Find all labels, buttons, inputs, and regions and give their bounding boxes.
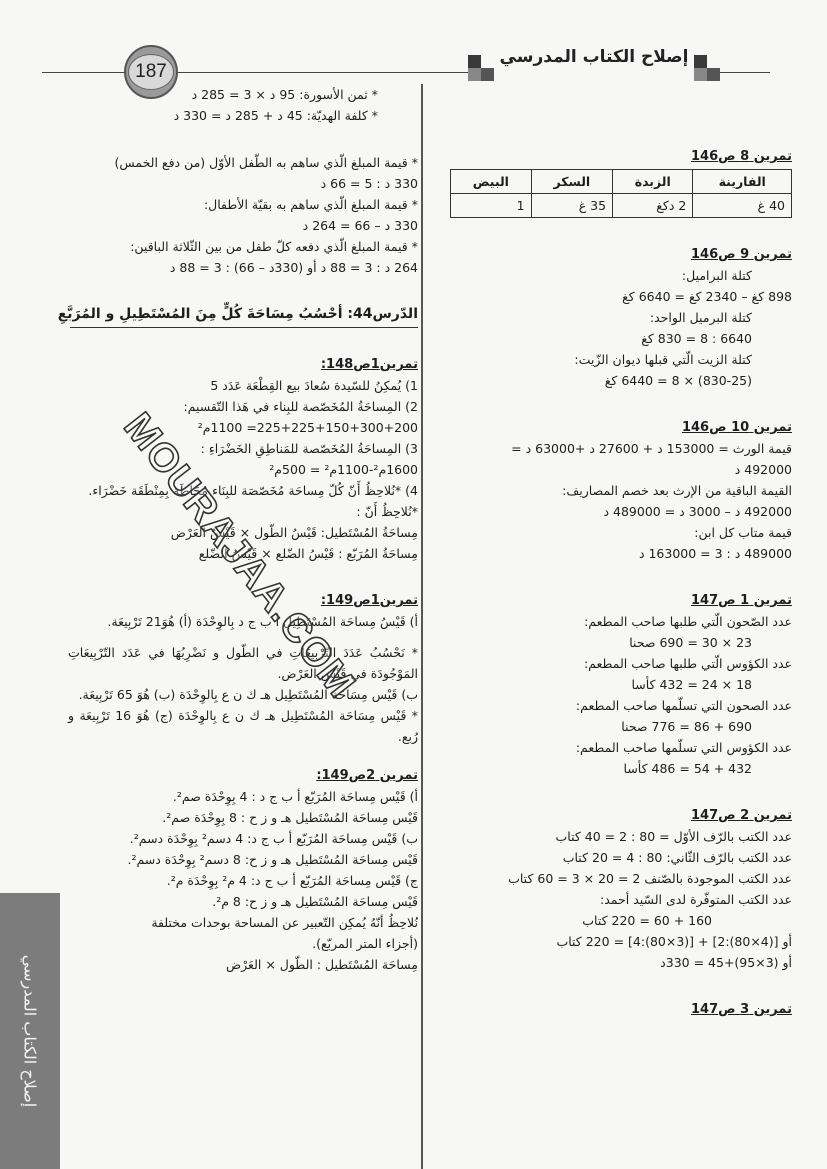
equation-line: 264 د : 3 = 88 د أو (330د – 66) : 3 = 88…: [68, 257, 418, 278]
exercise-title: تمرين 2 ص147: [430, 805, 792, 826]
text-line: كتلة الزيت الّتي قبلها ديوان الزّيت:: [430, 349, 792, 370]
equation-line: عدد الكتب بالرّف الثّاني: 80 : 4 = 20 كت…: [430, 847, 792, 868]
equation-line: 1600م²-1100م² = 500م²: [68, 459, 418, 480]
header-square-logo-icon: [468, 55, 494, 81]
text-line: قَيْس مِساحَة المُسْتَطيل هـ و ز ح : 8 ب…: [68, 807, 418, 828]
equation-line: 330 د : 5 = 66 د: [68, 173, 418, 194]
exercise-title: تمرين 2ص149:: [68, 765, 418, 786]
table-cell: 1: [451, 194, 532, 218]
text-line: عدد الكتب المتوفّرة لدى السّيد أحمد:: [430, 889, 792, 910]
equation-line: عدد الكتب الموجودة بالصّنف 2 = 20 × 3 = …: [430, 868, 792, 889]
equation-line: 690 + 86 = 776 صحنا: [430, 716, 792, 737]
exercise-title: تمرين1ص149:: [68, 590, 418, 611]
text-line: * كلفة الهديّة: 45 د + 285 د = 330 د: [68, 105, 418, 126]
formula-line: مِساحَةُ المُرَبّع : قَيْسُ الضّلع × قَي…: [68, 543, 418, 564]
equation-line: أو [(4×80):2] + [(3×80):4] = 220 كتاب: [430, 931, 792, 952]
exercise-title: تمرين 10 ص146: [430, 417, 792, 438]
text-line: (أجزاء المتر المربّع).: [68, 933, 418, 954]
right-column: تمرين 8 ص146 الفارينة الزبدة السكر البيض…: [430, 84, 792, 1020]
text-line: القيمة الباقية من الإرث بعد خصم المصاريف…: [430, 480, 792, 501]
equation-line: 160 + 60 = 220 كتاب: [430, 910, 792, 931]
exercise-title: تمرين 1 ص147: [430, 590, 792, 611]
text-line: * قيمة المبلغ الّذي ساهم به الطّفل الأوّ…: [68, 152, 418, 173]
textbook-page: 187 إصلاح الكتاب المدرسي تمرين 8 ص146 ال…: [0, 0, 827, 1169]
table-row: 40 غ 2 دكغ 35 غ 1: [451, 194, 792, 218]
header-square-logo-icon: [694, 55, 720, 81]
text-line: عدد الكؤوس الّتي طلبها صاحب المطعم:: [430, 653, 792, 674]
header-rule: [178, 72, 468, 73]
equation-line: 489000 د : 3 = 163000 د: [430, 543, 792, 564]
header-rule: [720, 72, 770, 73]
text-line: كتلة البراميل:: [430, 265, 792, 286]
left-column: * ثمن الأسورة: 95 د × 3 = 285 د * كلفة ا…: [68, 84, 418, 975]
equation-line: قيمة الورث = 153000 د + 27600 د +63000 د…: [430, 438, 792, 459]
column-divider: [421, 84, 423, 1169]
text-line: ج) قَيْس مِساحَة المُرَبّع أ ب ج د: 4 م²…: [68, 870, 418, 891]
text-line: نُلاحِظُ أنّهُ يُمكِن التّعبير عن المساح…: [68, 912, 418, 933]
equation-line: 18 × 24 = 432 كأسا: [430, 674, 792, 695]
side-tab-label: إصلاح الكتاب المدرسي: [21, 955, 40, 1107]
table-header-cell: الزبدة: [613, 170, 693, 194]
text-line: *نُلاحِظُ أَنّ :: [68, 501, 418, 522]
exercise-title: تمرين 8 ص146: [430, 146, 792, 167]
equation-line: (830-25) × 8 = 6440 كغ: [430, 370, 792, 391]
text-line: 4) *نُلاحِظُ أَنّ كُلّ مِساحَة مُخَصّصَة…: [68, 480, 418, 501]
text-line: عدد الكؤوس التي تسلّمها صاحب المطعم:: [430, 737, 792, 758]
formula-line: مِساحَةُ المُسْتَطيل: قَيْسُ الطّول × قَ…: [68, 522, 418, 543]
exercise-title: تمرين1ص148:: [68, 354, 418, 375]
text-line: * ثمن الأسورة: 95 د × 3 = 285 د: [68, 84, 418, 105]
equation-line: 898 كغ – 2340 كغ = 6640 كغ: [430, 286, 792, 307]
table-cell: 40 غ: [693, 194, 792, 218]
text-line: كتلة البرميل الواحد:: [430, 307, 792, 328]
table-header-cell: البيض: [451, 170, 532, 194]
formula-line: مِساحَة المُسْتَطيل : الطّول × العَرْض: [68, 954, 418, 975]
table-header-row: الفارينة الزبدة السكر البيض: [451, 170, 792, 194]
equation-line: 330 د – 66 = 264 د: [68, 215, 418, 236]
equation-line: 225+225+150+300+200= 1100م²: [68, 417, 418, 438]
equation-line: 492000 د: [430, 459, 792, 480]
table-header-cell: الفارينة: [693, 170, 792, 194]
table-cell: 2 دكغ: [613, 194, 693, 218]
exercise-title: تمرين 3 ص147: [430, 999, 792, 1020]
side-chapter-tab: إصلاح الكتاب المدرسي: [0, 893, 60, 1169]
equation-line: عدد الكتب بالرّف الأوّل = 80 : 2 = 40 كت…: [430, 826, 792, 847]
text-line: 3) المِساحَةُ المُخَصّصة للمَناطِقِ الخَ…: [68, 438, 418, 459]
text-line: ب) قَيْس مِسَاحَة المُسْتَطِيل هـ ك ن ع …: [68, 684, 418, 705]
equation-line: 23 × 30 = 690 صحنا: [430, 632, 792, 653]
text-line: 2) المِساحَةُ المُخَصّصة للبِناء في هَذا…: [68, 396, 418, 417]
text-line: * نَحْسُبُ عَدَدَ التّرْبِيعَاتِ في الطّ…: [68, 642, 418, 684]
text-line: ب) قَيْس مِساحَة المُرَبّع أ ب ج د: 4 دس…: [68, 828, 418, 849]
table-cell: 35 غ: [531, 194, 612, 218]
equation-line: 6640 : 8 = 830 كغ: [430, 328, 792, 349]
ingredients-table: الفارينة الزبدة السكر البيض 40 غ 2 دكغ 3…: [450, 169, 792, 218]
header-title: إصلاح الكتاب المدرسي: [498, 47, 690, 67]
text-line: 1) يُمكِنُ للسّيدة سُعادَ بيع القِطْعَة …: [68, 375, 418, 396]
header-rule: [42, 72, 124, 73]
equation-line: أو (3×95)+45 = 330د: [430, 952, 792, 973]
equation-line: 432 + 54 = 486 كأسا: [430, 758, 792, 779]
text-line: قَيْس مِساحَة المُسْتَطيل هـ و ز ح: 8 دس…: [68, 849, 418, 870]
text-line: قيمة متاب كل ابن:: [430, 522, 792, 543]
equation-line: 492000 د – 3000 د = 489000 د: [430, 501, 792, 522]
text-line: أ) قَيْسُ مِساحَة المُسْتَطِيل أ ب ج د ب…: [68, 611, 418, 632]
text-line: عدد الصحون التي تسلّمها صاحب المطعم:: [430, 695, 792, 716]
text-line: * قَيْس مِسَاحَة المُسْتَطِيل هـ ك ن ع ب…: [68, 705, 418, 747]
text-line: قَيْس مِساحَة المُسْتَطيل هـ و ز ح: 8 م²…: [68, 891, 418, 912]
lesson-title: الدّرس44: أحْسُبُ مِسَاحَةَ كُلٍّ مِنَ ا…: [70, 304, 418, 328]
table-header-cell: السكر: [531, 170, 612, 194]
text-line: عدد الصّحون الّتي طلبها صاحب المطعم:: [430, 611, 792, 632]
text-line: * قيمة المبلغ الّذي دفعه كلّ طفل من بين …: [68, 236, 418, 257]
text-line: * قيمة المبلغ الّذي ساهم به بقيّة الأطفا…: [68, 194, 418, 215]
text-line: أ) قَيْس مِساحَة المُرَبّع أ ب ج د : 4 ب…: [68, 786, 418, 807]
exercise-title: تمرين 9 ص146: [430, 244, 792, 265]
